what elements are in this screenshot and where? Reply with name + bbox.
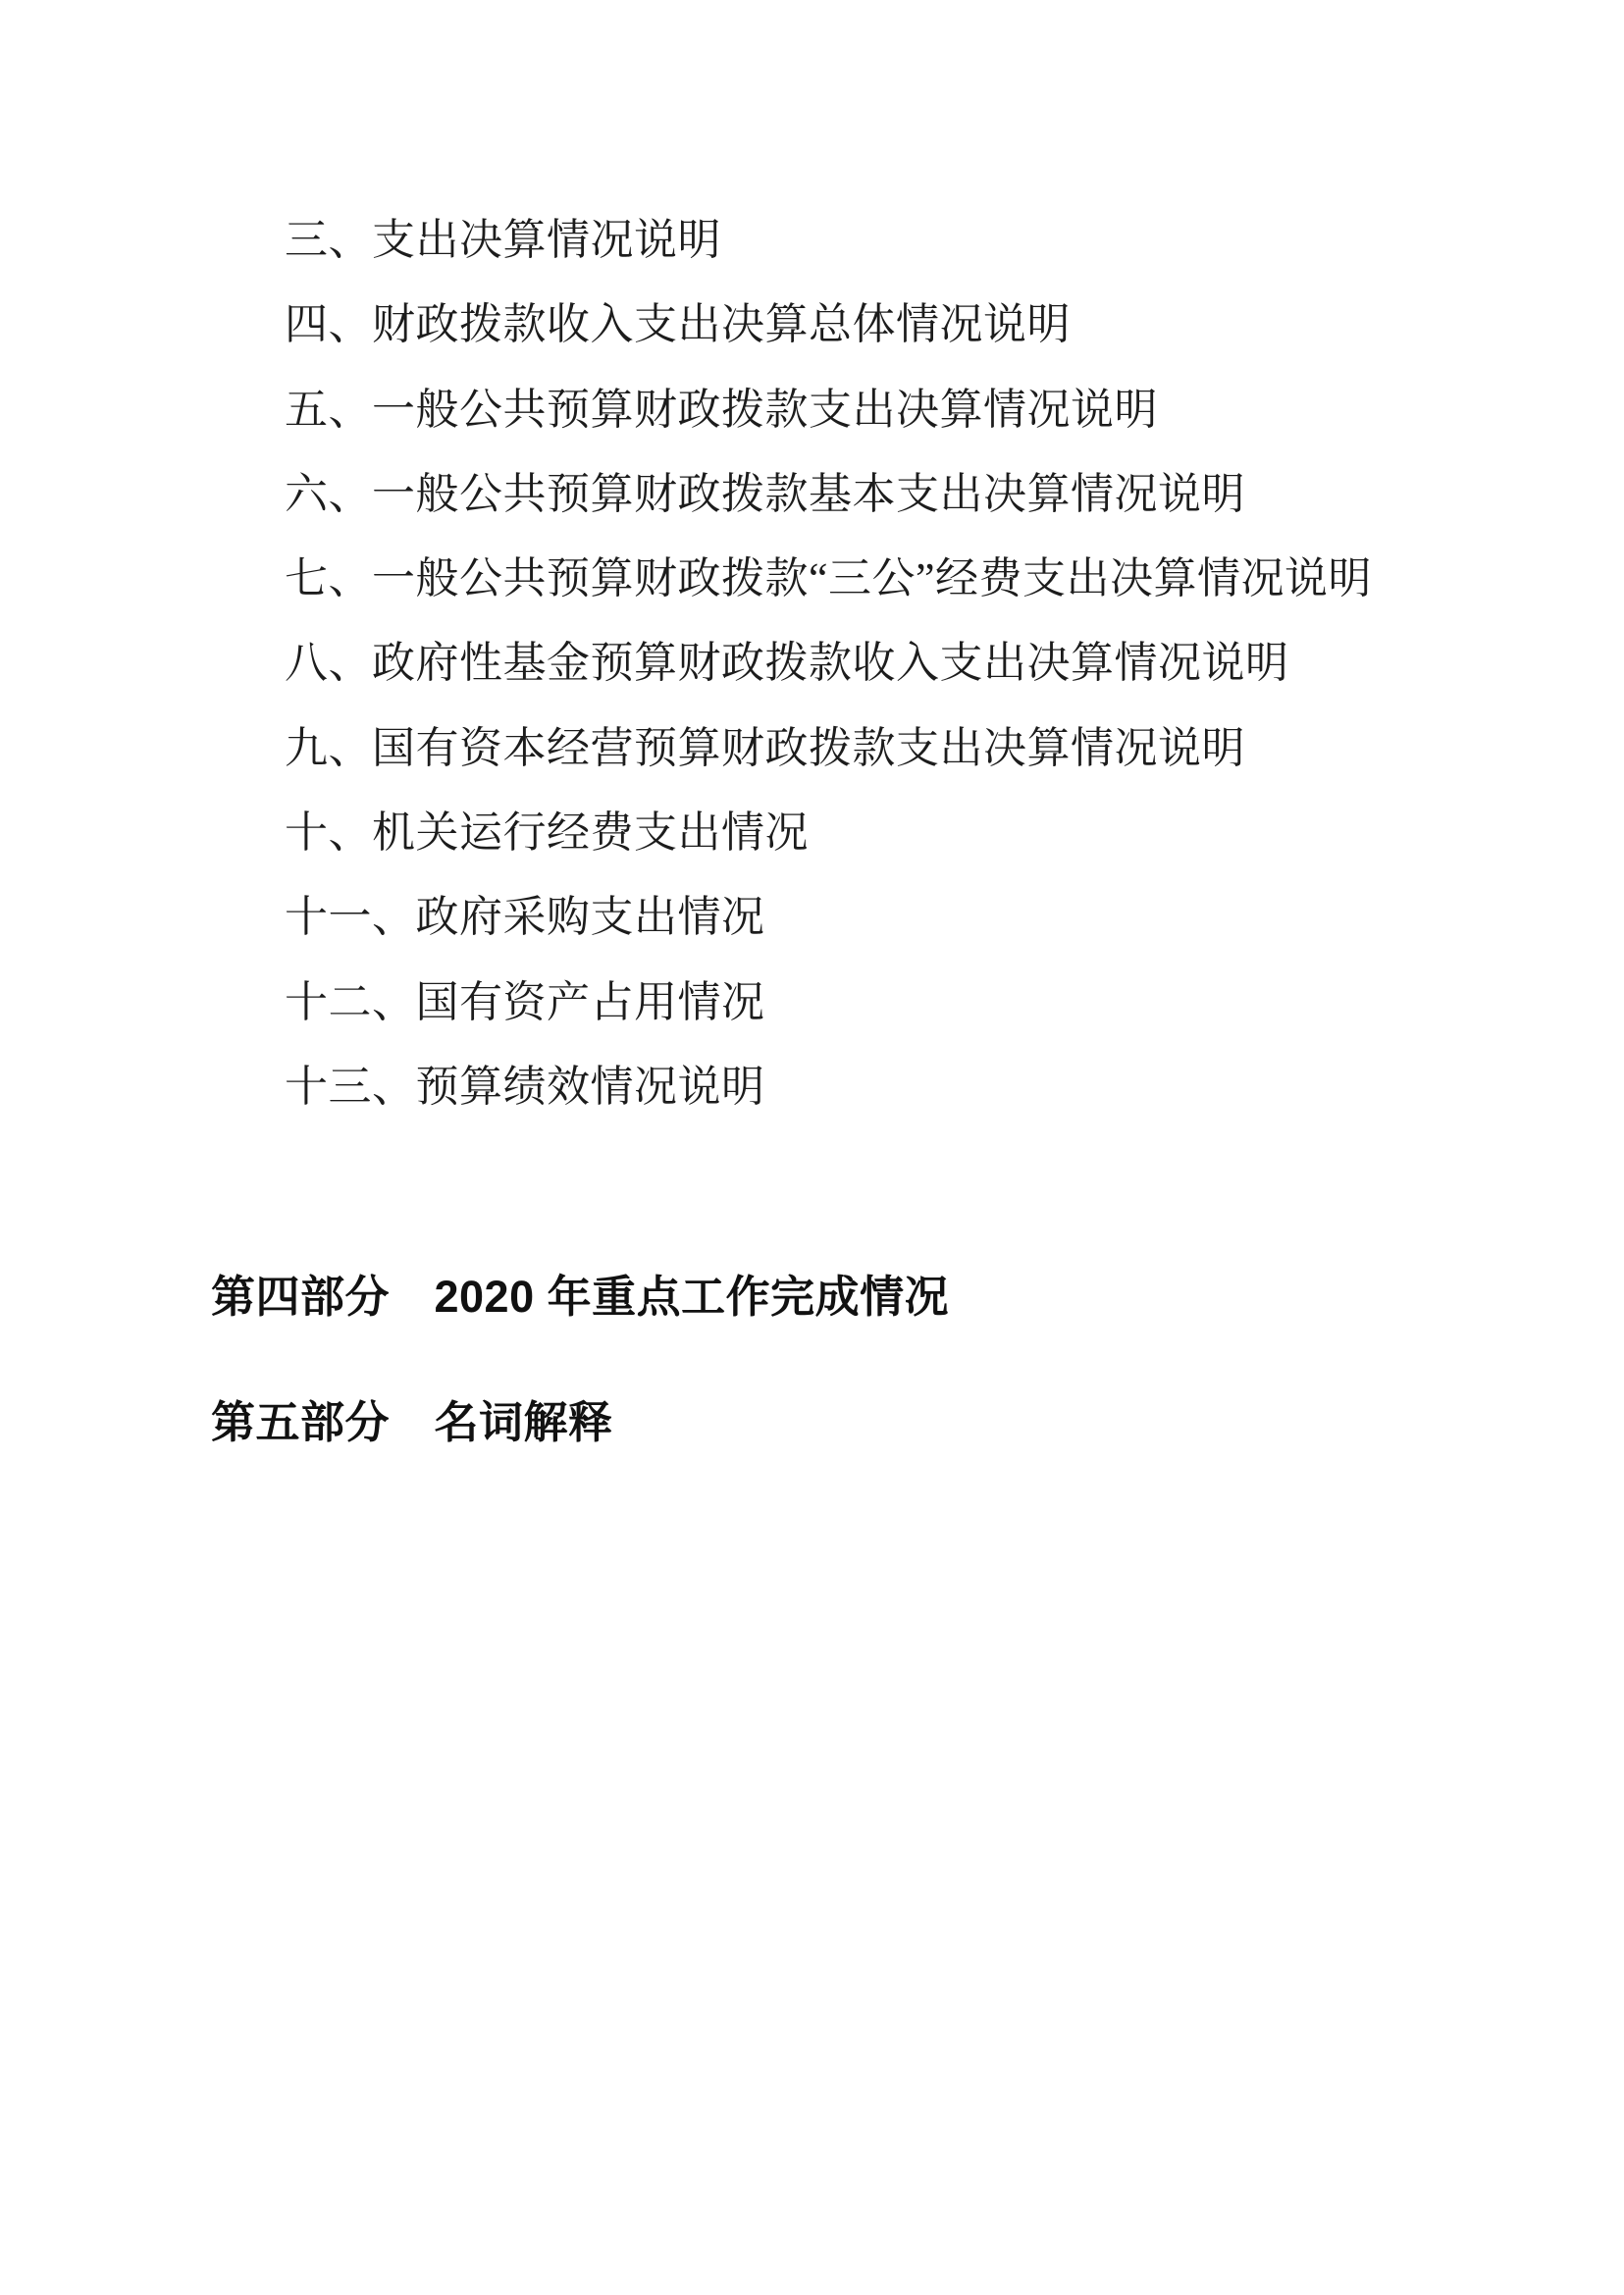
part-heading-4: 第四部分 2020 年重点工作完成情况 xyxy=(211,1274,949,1321)
toc-item-6: 六、一般公共预算财政拨款基本支出决算情况说明 xyxy=(126,452,1384,537)
toc-item-9: 九、国有资本经营预算财政拨款支出决算情况说明 xyxy=(126,706,1384,791)
toc-item-7: 七、一般公共预算财政拨款“三公”经费支出决算情况说明 xyxy=(126,537,1384,621)
toc-item-11: 十一、政府采购支出情况 xyxy=(126,875,1384,960)
toc-item-13: 十三、预算绩效情况说明 xyxy=(126,1045,1384,1129)
toc-item-3: 三、支出决算情况说明 xyxy=(126,198,1384,283)
document-page: 三、支出决算情况说明 四、财政拨款收入支出决算总体情况说明 五、一般公共预算财政… xyxy=(0,0,1624,2295)
toc-item-10: 十、机关运行经费支出情况 xyxy=(126,791,1384,875)
toc-item-8: 八、政府性基金预算财政拨款收入支出决算情况说明 xyxy=(126,621,1384,705)
part-heading-5: 第五部分 名词解释 xyxy=(211,1399,613,1446)
toc-item-4: 四、财政拨款收入支出决算总体情况说明 xyxy=(126,283,1384,367)
toc-item-5: 五、一般公共预算财政拨款支出决算情况说明 xyxy=(126,368,1384,452)
table-of-contents: 三、支出决算情况说明 四、财政拨款收入支出决算总体情况说明 五、一般公共预算财政… xyxy=(126,198,1384,1129)
toc-item-12: 十二、国有资产占用情况 xyxy=(126,961,1384,1045)
